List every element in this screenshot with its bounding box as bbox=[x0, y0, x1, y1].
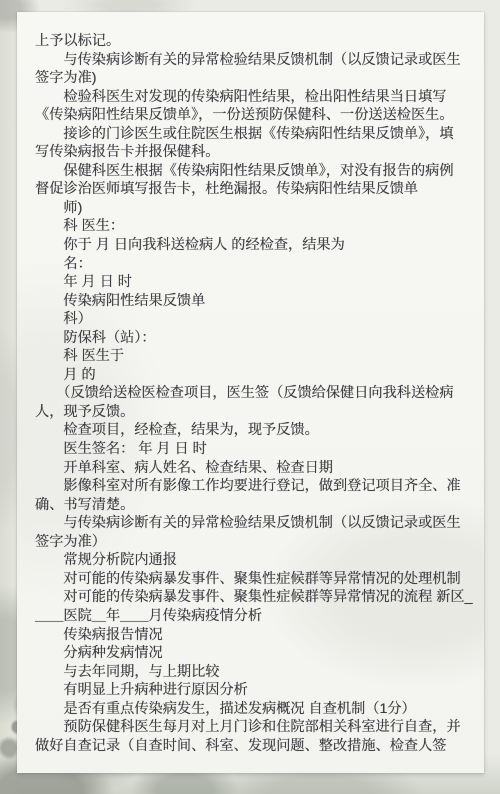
text-line: 人，现予反馈。 bbox=[35, 403, 471, 422]
text-line: 有明显上升病种进行原因分析 bbox=[35, 681, 471, 700]
document-page: 上予以标记。 与传染病诊断有关的异常检验结果反馈机制（以反馈记录或医生签字为准)… bbox=[17, 12, 484, 773]
text-line: 影像科室对所有影像工作均要进行登记，做到登记项目齐全、准 bbox=[35, 477, 471, 496]
text-line: 常规分析院内通报 bbox=[35, 551, 471, 570]
text-line: 《传染病阳性结果反馈单》，一份送预防保健科、一份送送检医生。 bbox=[35, 106, 471, 125]
text-line: 你于 月 日向我科送检病人 的经检查，结果为 bbox=[35, 236, 471, 255]
text-line: 科） bbox=[35, 310, 471, 329]
text-line: 医生签名： 年 月 日 时 bbox=[35, 440, 471, 459]
text-line: 预防保健科医生每月对上月门诊和住院部相关科室进行自查，并 bbox=[35, 718, 471, 737]
text-line: 分病种发病情况 bbox=[35, 644, 471, 663]
text-line: 与传染病诊断有关的异常检验结果反馈机制（以反馈记录或医生 bbox=[35, 51, 471, 70]
text-line: 与传染病诊断有关的异常检验结果反馈机制（以反馈记录或医生 bbox=[35, 514, 471, 533]
text-line: 科 医生于 bbox=[35, 347, 471, 366]
text-line: 月 的 bbox=[35, 366, 471, 385]
text-line: 做好自查记录（自查时间、科室、发现问题、整改措施、检查人签 bbox=[35, 737, 471, 756]
text-line: 名： bbox=[35, 255, 471, 274]
text-line: 保健科医生根据《传染病阳性结果反馈单》，对没有报告的病例 bbox=[35, 162, 471, 181]
text-line: 确、书写清楚。 bbox=[35, 496, 471, 515]
photo-background: 上予以标记。 与传染病诊断有关的异常检验结果反馈机制（以反馈记录或医生签字为准)… bbox=[0, 0, 500, 794]
text-line: 师) bbox=[35, 199, 471, 218]
document-lines: 上予以标记。 与传染病诊断有关的异常检验结果反馈机制（以反馈记录或医生签字为准)… bbox=[35, 32, 471, 755]
text-line: （反馈给送检医检查项目，医生签（反馈给保健日向我科送检病 bbox=[35, 384, 471, 403]
text-line: 年 月 日 时 bbox=[35, 273, 471, 292]
text-line: 签字为准) bbox=[35, 69, 471, 88]
text-line: 对可能的传染病暴发事件、聚集性症候群等异常情况的流程 新区_ bbox=[35, 588, 471, 607]
text-line: ＿＿医院＿年＿＿月传染病疫情分析 bbox=[35, 607, 471, 626]
text-line: 是否有重点传染病发生，描述发病概况 自查机制（1分） bbox=[35, 700, 471, 719]
text-line: 传染病阳性结果反馈单 bbox=[35, 292, 471, 311]
text-line: 开单科室、病人姓名、检查结果、检查日期 bbox=[35, 459, 471, 478]
text-line: 与去年同期，与上期比较 bbox=[35, 663, 471, 682]
text-line: 接诊的门诊医生或住院医生根据《传染病阳性结果反馈单》，填 bbox=[35, 125, 471, 144]
text-line: 检查项目，经检查，结果为，现予反馈。 bbox=[35, 421, 471, 440]
text-line: 写传染病报告卡并报保健科。 bbox=[35, 143, 471, 162]
text-line: 对可能的传染病暴发事件、聚集性症候群等异常情况的处理机制 bbox=[35, 570, 471, 589]
text-line: 传染病报告情况 bbox=[35, 626, 471, 645]
text-line: 上予以标记。 bbox=[35, 32, 471, 51]
text-line: 防保科（站）： bbox=[35, 329, 471, 348]
text-line: 科 医生： bbox=[35, 217, 471, 236]
text-line: 签字为准） bbox=[35, 533, 471, 552]
text-line: 检验科医生对发现的传染病阳性结果，检出阳性结果当日填写 bbox=[35, 88, 471, 107]
text-line: 督促诊治医师填写报告卡，杜绝漏报。传染病阳性结果反馈单 bbox=[35, 180, 471, 199]
